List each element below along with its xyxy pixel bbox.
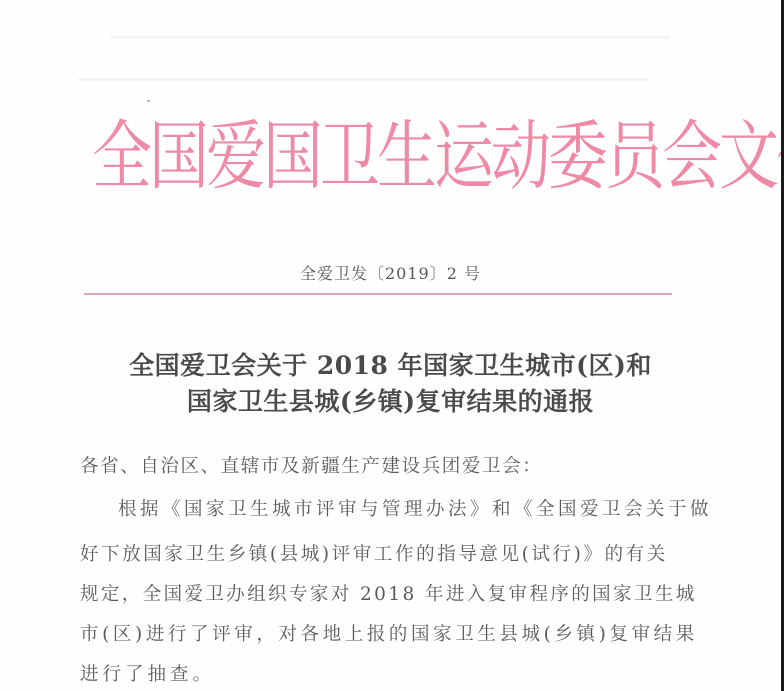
masthead-char: 卫 [320,120,377,195]
masthead-char: 文 [719,120,776,195]
masthead-char: 国 [263,120,320,195]
masthead-char: 员 [605,120,662,195]
body-text-line: 根据《国家卫生城市评审与管理办法》和《全国爱卫会关于做 [118,495,708,521]
notice-title-line-1: 全国爱卫会关于 2018 年国家卫生城市(区)和 [60,346,721,382]
show-through-text [110,36,670,39]
masthead-char: 运 [434,120,491,195]
red-divider-line [84,293,672,295]
document-page: 全 国 爱 国 卫 生 运 动 委 员 会 文 件 全爱卫发〔2019〕2 号 … [0,0,781,691]
body-text-line: 规定，全国爱卫办组织专家对 2018 年进入复审程序的国家卫生城 [80,580,670,606]
body-text-line: 好下放国家卫生乡镇(县城)评审工作的指导意见(试行)》的有关 [80,540,670,566]
document-number: 全爱卫发〔2019〕2 号 [0,261,781,284]
masthead-title: 全 国 爱 国 卫 生 运 动 委 员 会 文 件 [92,101,672,214]
masthead-char: 会 [662,120,719,195]
masthead-char: 全 [92,120,149,195]
notice-title-line-2: 国家卫生县城(乡镇)复审结果的通报 [60,382,721,418]
masthead-char: 委 [548,120,605,195]
masthead-char: 生 [377,120,434,195]
masthead-char: 爱 [206,120,263,195]
salutation: 各省、自治区、直辖市及新疆生产建设兵团爱卫会： [80,452,670,478]
body-text-line: 市(区)进行了评审，对各地上报的国家卫生县城(乡镇)复审结果 [80,620,670,646]
masthead-char: 国 [149,120,206,195]
masthead-char: 动 [491,120,548,195]
body-text-line: 进行了抽查。 [80,660,670,686]
show-through-text [78,78,648,81]
